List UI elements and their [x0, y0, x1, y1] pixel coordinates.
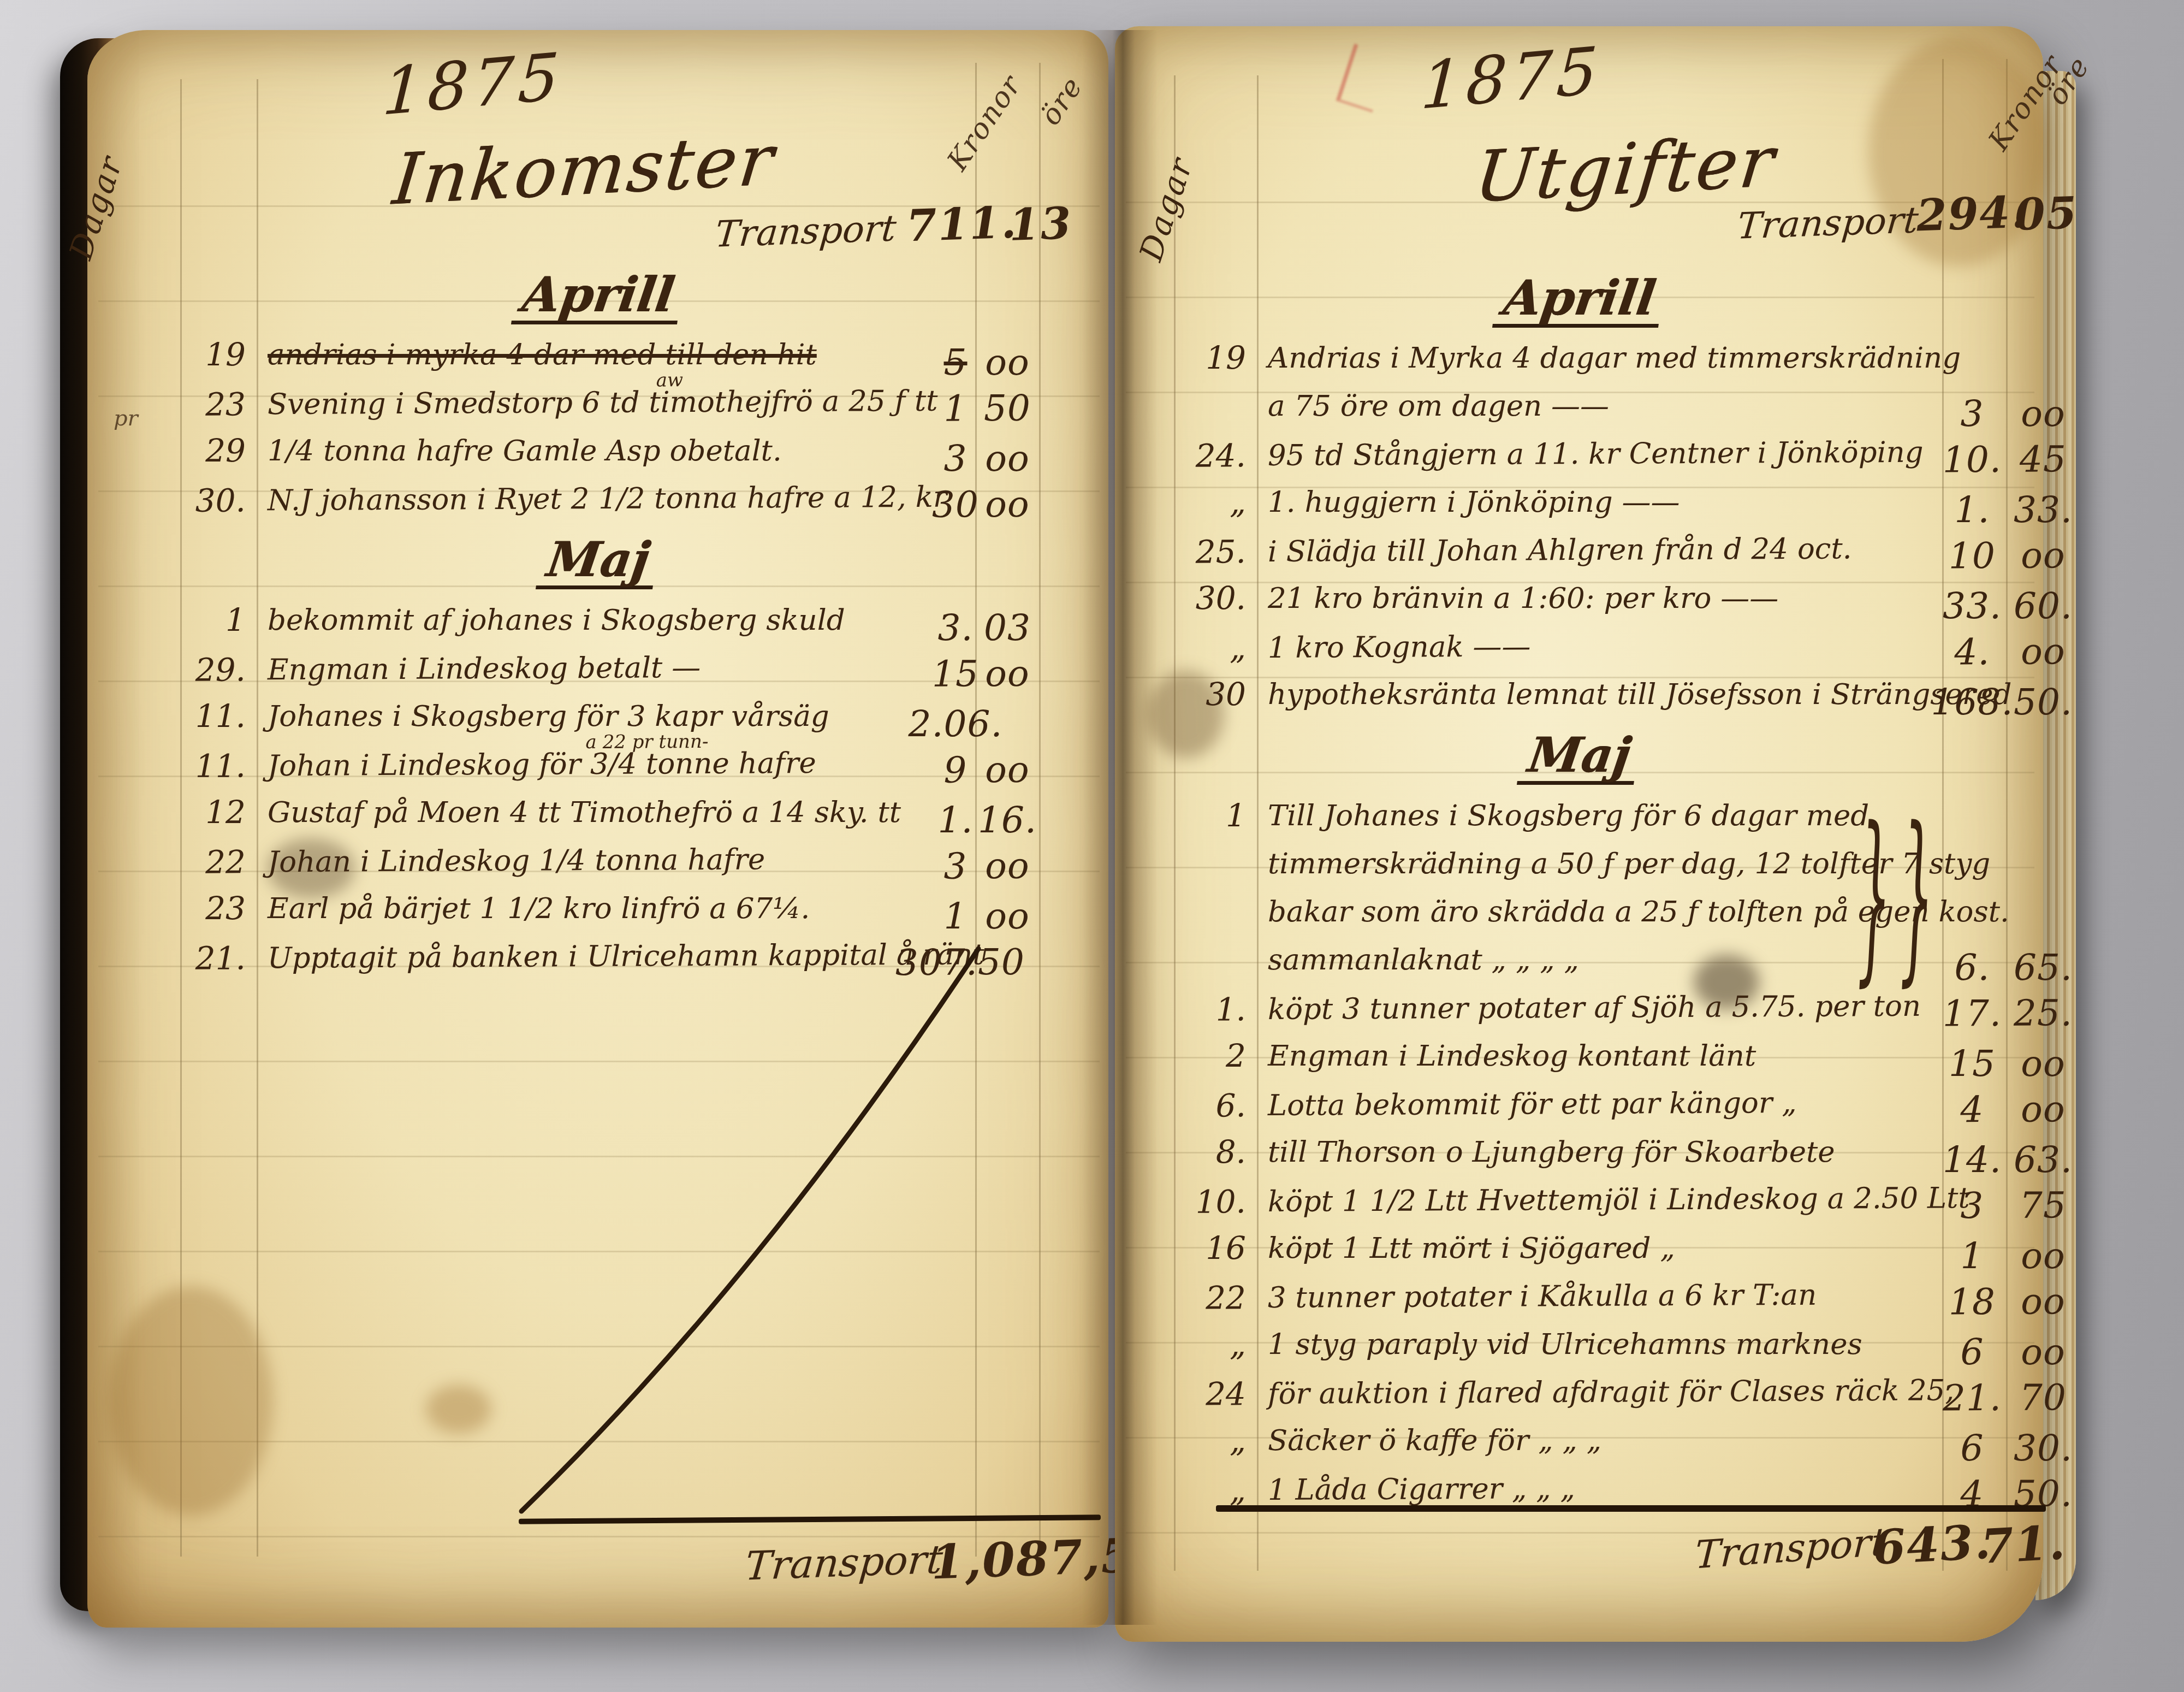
entry-text-inner: hypotheksränta lemnat till Jösefsson i S…: [1268, 678, 2012, 711]
transport-top-ore: 13: [1008, 197, 1073, 251]
entry-text: Engman i Lindeskog betalt —: [268, 653, 701, 685]
amount-ore: oo: [2005, 631, 2081, 673]
entry-text-inner: 3 tunner potater i Kåkulla a 6 kr T:an: [1268, 1279, 1817, 1315]
ledger-row: 30.N.J johansson i Ryet 2 1/2 tonna hafr…: [87, 480, 1108, 534]
entry-text: 1 styg paraply vid Ulricehamns marknes: [1268, 1329, 1862, 1360]
kronor-column-header: Kronor: [941, 69, 1028, 177]
amount-ore: oo: [972, 653, 1043, 695]
entry-text: a 75 öre om dagen ——: [1268, 391, 1609, 422]
entry-text: 1. huggjern i Jönköping ——: [1268, 487, 1680, 518]
entry-text-inner: bekommit af johanes i Skogsberg skuld: [268, 604, 845, 637]
entry-day: 30.: [87, 485, 246, 518]
entry-day: 12: [87, 796, 246, 828]
bottom-rule: [1216, 1505, 2046, 1512]
entry-text: Johan i Lindeskog 1/4 tonna hafre: [268, 844, 765, 877]
entry-text: andrias i myrka 4 dar med till den hit: [268, 340, 817, 370]
entry-day: 10.: [1115, 1186, 1246, 1218]
amount-ore: 33.: [2005, 489, 2081, 531]
entry-day: 19: [1115, 342, 1246, 374]
ledger-row: „1 Låda Cigarrer „ „ „450.: [1115, 1470, 2043, 1523]
entry-text: sammanlaknat „ „ „ „: [1268, 945, 1579, 975]
amount-ore: oo: [2005, 1280, 2081, 1323]
entry-text-inner: Upptagit på banken i Ulricehamn kappital…: [268, 938, 984, 975]
entry-text-inner: bakar som äro skrädda a 25 ƒ tolften på …: [1268, 895, 2009, 928]
entry-day: „: [1115, 1474, 1246, 1506]
entry-text: Engman i Lindeskog kontant länt: [1268, 1041, 1756, 1072]
entry-text: till Thorson o Ljungberg för Skoarbete: [1268, 1137, 1835, 1168]
entry-text-inner: Gustaf på Moen 4 tt Timothefrö a 14 sky.…: [268, 796, 901, 829]
entry-text: köpt 1 Ltt mört i Sjögared „: [1268, 1233, 1675, 1264]
year-heading: 1875: [381, 38, 565, 130]
ledger-row: 1.köpt 3 tunner potater af Sjöh a 5.75. …: [1115, 989, 2043, 1042]
entry-text-inner: 95 td Stångjern a 11. kr Centner i Jönkö…: [1268, 436, 1924, 472]
entry-text-inner: Johan i Lindeskog 1/4 tonna hafre: [268, 843, 765, 879]
entry-text: för auktion i flared afdragit för Clases…: [1268, 1375, 1955, 1409]
entry-text: hypotheksränta lemnat till Jösefsson i S…: [1268, 679, 2012, 710]
ledger-row: 23Earl på bärjet 1 1/2 kro linfrö a 67¼.…: [87, 892, 1108, 940]
entry-text: 21 kro bränvin a 1:60: per kro ——: [1268, 583, 1778, 614]
amount-ore: oo: [2005, 393, 2081, 435]
entry-text-inner: Engman i Lindeskog betalt —: [268, 651, 701, 687]
amount-ore: oo: [2005, 1331, 2081, 1373]
amount-ore: oo: [2005, 1235, 2081, 1277]
entry-text: 95 td Stångjern a 11. kr Centner i Jönkö…: [1268, 437, 1924, 471]
transport-top-label: Transport: [714, 207, 898, 256]
ledger-row: 1Till Johanes i Skogsberg för 6 dagar me…: [1115, 800, 2043, 992]
page-title-utgifter: Utgifter: [1471, 121, 1779, 218]
entry-text-inner: Andrias i Myrka 4 dagar med timmerskrädn…: [1268, 341, 1961, 375]
entry-text: i Slädja till Johan Ahlgren från d 24 oc…: [1268, 534, 1852, 567]
entry-text: Lotta bekommit för ett par kängor „: [1268, 1088, 1797, 1121]
entry-day: 29.: [87, 654, 246, 687]
section-header-aprill: Aprill: [511, 269, 685, 324]
red-archive-mark: [1336, 44, 1391, 113]
entry-text: Svening i Smedstorp 6 td timothejfrö a 2…: [268, 386, 938, 420]
amount-ore: 50.: [2005, 681, 2081, 723]
entry-text: 1 Låda Cigarrer „ „ „: [1268, 1474, 1575, 1506]
entry-text: köpt 1 1/2 Ltt Hvettemjöl i Lindeskog a …: [1268, 1183, 1970, 1217]
ledger-left-page: Dagar pr 1875 Inkomster Kronor öre Trans…: [87, 30, 1108, 1628]
ledger-row: 12Gustaf på Moen 4 tt Timothefrö a 14 sk…: [87, 796, 1108, 844]
entry-superscript-note: a 22 pr tunn-: [585, 732, 708, 753]
entry-day: 19: [87, 339, 246, 370]
entry-day: „: [1115, 1328, 1246, 1360]
entry-day: 1: [1115, 800, 1246, 831]
entry-day: 6.: [1115, 1090, 1246, 1122]
amount-ore: oo: [972, 749, 1043, 791]
ledger-row: „1 kro Kognak ——4.oo: [1115, 628, 2043, 681]
entry-text-inner: till Thorson o Ljungberg för Skoarbete: [1268, 1135, 1835, 1169]
ledger-entries-right: Aprill19Andrias i Myrka 4 dagar med timm…: [1115, 269, 2043, 1521]
ledger-row: 223 tunner potater i Kåkulla a 6 kr T:an…: [1115, 1277, 2043, 1330]
entry-text-inner: Till Johanes i Skogsberg för 6 dagar med: [1268, 799, 1869, 832]
ledger-row: 1bekommit af johanes i Skogsberg skuld3.…: [87, 604, 1108, 652]
section-header-aprill: Aprill: [1492, 273, 1666, 328]
page-title-inkomster: Inkomster: [389, 119, 779, 221]
entry-day: 8.: [1115, 1136, 1246, 1168]
ledger-row: 10.köpt 1 1/2 Ltt Hvettemjöl i Lindeskog…: [1115, 1181, 2043, 1234]
entry-day: 1.: [1115, 993, 1246, 1026]
entry-text-inner: a 75 öre om dagen ——: [1268, 389, 1609, 423]
ledger-row: 30hypotheksränta lemnat till Jösefsson i…: [1115, 678, 2043, 726]
ledger-row: 6.Lotta bekommit för ett par kängor „4oo: [1115, 1085, 2043, 1138]
amount-ore: 50: [972, 387, 1043, 430]
amount-ore: 60.: [2005, 585, 2081, 627]
entry-day: 23: [87, 892, 246, 924]
ore-column-header: öre: [1034, 71, 1090, 132]
ledger-row: 24för auktion i flared afdragit för Clas…: [1115, 1374, 2043, 1427]
entry-text-inner: 1 kro Kognak ——: [1268, 630, 1531, 665]
transport-top-kronor: 711.: [905, 196, 1018, 251]
entry-text: Gustaf på Moen 4 tt Timothefrö a 14 sky.…: [268, 797, 901, 828]
amount-ore: 03: [972, 607, 1043, 649]
entry-text: Earl på bärjet 1 1/2 kro linfrö a 67¼.: [268, 894, 810, 924]
entry-text-inner: Earl på bärjet 1 1/2 kro linfrö a 67¼.: [268, 892, 810, 925]
entry-text: 1 kro Kognak ——: [1268, 632, 1531, 664]
entry-text: köpt 3 tunner potater af Sjöh a 5.75. pe…: [1268, 991, 1921, 1025]
entry-day: 11.: [87, 750, 246, 783]
amount-ore: oo: [972, 483, 1043, 526]
entry-day: 1: [87, 604, 246, 636]
entry-day: 24: [1115, 1378, 1246, 1410]
entry-text-inner: Engman i Lindeskog kontant länt: [1268, 1039, 1756, 1073]
ledger-row: „1. huggjern i Jönköping ——1.33.: [1115, 486, 2043, 534]
amount-ore: oo: [2005, 535, 2081, 577]
entry-text-inner: köpt 3 tunner potater af Sjöh a 5.75. pe…: [1268, 990, 1921, 1026]
ledger-row: 25.i Slädja till Johan Ahlgren från d 24…: [1115, 532, 2043, 585]
entry-text-inner: 1. huggjern i Jönköping ——: [1268, 486, 1680, 519]
ledger-row: 19Andrias i Myrka 4 dagar med timmerskrä…: [1115, 342, 2043, 438]
transport-bottom-kronor: 643.: [1872, 1514, 1993, 1575]
entry-brace: }: [1857, 788, 1891, 1003]
entry-text-inner: 1 styg paraply vid Ulricehamns marknes: [1268, 1328, 1862, 1361]
entry-text: 1/4 tonna hafre Gamle Asp obetalt.: [268, 436, 782, 466]
entry-text: 3 tunner potater i Kåkulla a 6 kr T:an: [1268, 1280, 1817, 1314]
ledger-row: 8.till Thorson o Ljungberg för Skoarbete…: [1115, 1136, 2043, 1184]
ledger-row: 21.Upptagit på banken i Ulricehamn kappi…: [87, 938, 1108, 991]
amount-kronor: 307.50: [895, 941, 1016, 984]
section-header-maj: Maj: [1517, 730, 1642, 785]
entry-day: 29: [87, 435, 246, 466]
entry-text: Säcker ö kaffe för „ „ „: [1268, 1425, 1601, 1456]
year-heading: 1875: [1419, 32, 1604, 124]
ledger-row: „Säcker ö kaffe för „ „ „630.: [1115, 1424, 2043, 1472]
entry-text-inner: 1/4 tonna hafre Gamle Asp obetalt.: [268, 434, 782, 468]
entry-text-inner: Johan i Lindeskog för 3/4 tonne hafre: [268, 747, 816, 783]
entry-text-inner: för auktion i flared afdragit för Clases…: [1268, 1374, 1955, 1411]
entry-superscript-note: aw: [656, 371, 684, 391]
transport-top-kronor: 294.: [1915, 186, 2028, 241]
entry-text-inner: 1 Låda Cigarrer „ „ „: [1268, 1472, 1575, 1507]
entry-day: „: [1115, 486, 1246, 518]
amount-ore: 30.: [2005, 1427, 2081, 1469]
entry-text-inner: köpt 1 Ltt mört i Sjögared „: [1268, 1232, 1675, 1265]
entry-text-inner: köpt 1 1/2 Ltt Hvettemjöl i Lindeskog a …: [1268, 1181, 1970, 1218]
entry-text-inner: sammanlaknat „ „ „ „: [1268, 943, 1579, 977]
amount-ore: oo: [972, 845, 1043, 888]
amount-ore: oo: [972, 341, 1043, 383]
ledger-row: 19andrias i myrka 4 dar med till den hit…: [87, 339, 1108, 387]
amount-ore: 16.: [972, 799, 1043, 841]
ledger-row: 24.95 td Stångjern a 11. kr Centner i Jö…: [1115, 436, 2043, 489]
amount-ore: 25.: [2005, 992, 2081, 1034]
ledger-row: „1 styg paraply vid Ulricehamns marknes6…: [1115, 1328, 2043, 1376]
amount-ore: 45: [2005, 439, 2081, 481]
ledger-row: 2Engman i Lindeskog kontant länt15oo: [1115, 1040, 2043, 1088]
entry-text-inner: Lotta bekommit för ett par kängor „: [1268, 1086, 1797, 1122]
transport-bottom-label: Transport: [743, 1536, 945, 1589]
ledger-row: 291/4 tonna hafre Gamle Asp obetalt.3oo: [87, 435, 1108, 483]
ledger-row: 16köpt 1 Ltt mört i Sjögared „1oo: [1115, 1232, 2043, 1280]
page-stain: [426, 1385, 491, 1434]
entry-day: „: [1115, 1424, 1246, 1456]
amount-ore: oo: [2005, 1043, 2081, 1085]
entry-day: 30: [1115, 678, 1246, 710]
entry-day: „: [1115, 632, 1246, 665]
ledger-row: 29.Engman i Lindeskog betalt —15oo: [87, 649, 1108, 703]
entry-day: 22: [1115, 1282, 1246, 1314]
ledger-row: 23Svening i Smedstorp 6 td timothejfrö a…: [87, 384, 1108, 437]
scanned-ledger-photo: { "book": { "left_page": { "margin_label…: [0, 0, 2184, 1692]
entry-day: 24.: [1115, 440, 1246, 472]
transport-top-label: Transport: [1736, 199, 1920, 247]
entry-text-inner: i Slädja till Johan Ahlgren från d 24 oc…: [1268, 533, 1852, 569]
entry-day: 30.: [1115, 582, 1246, 614]
entry-day: 23: [87, 389, 246, 422]
amount-ore: 75: [2005, 1184, 2081, 1227]
ledger-row: 22Johan i Lindeskog 1/4 tonna hafre3oo: [87, 842, 1108, 895]
amount-ore: oo: [972, 895, 1043, 937]
entry-day: 25.: [1115, 536, 1246, 569]
amount-kronor: 2.06.: [895, 703, 1016, 745]
entry-text-inner: Säcker ö kaffe för „ „ „: [1268, 1424, 1601, 1457]
transport-bottom-label: Transport: [1694, 1519, 1888, 1577]
entry-day: 11.: [87, 700, 246, 732]
amount-ore: 65.: [2005, 946, 2081, 989]
entry-text-inner: 21 kro bränvin a 1:60: per kro ——: [1268, 582, 1778, 615]
entry-text-inner: andrias i myrka 4 dar med till den hit: [268, 338, 817, 371]
entry-text: Andrias i Myrka 4 dagar med timmerskrädn…: [1268, 343, 1961, 374]
entry-text-inner: Johanes i Skogsberg för 3 kapr vårsäg: [268, 700, 829, 733]
bottom-rule: [519, 1514, 1101, 1524]
entry-text-inner: N.J johansson i Ryet 2 1/2 tonna hafre a…: [268, 481, 947, 518]
entry-day: 2: [1115, 1040, 1246, 1072]
entry-text: Upptagit på banken i Ulricehamn kappital…: [268, 939, 984, 974]
day-column-label: Dagar: [1132, 152, 1200, 265]
entry-day: 16: [1115, 1232, 1246, 1264]
entry-text: bakar som äro skrädda a 25 ƒ tolften på …: [1268, 897, 2009, 927]
amount-ore: 63.: [2005, 1139, 2081, 1181]
ledger-right-page: Dagar 1875 Utgifter Kronor öre Transport…: [1115, 26, 2043, 1642]
page-stain: [109, 1286, 273, 1516]
amount-ore: oo: [972, 437, 1043, 480]
entry-text-inner: Svening i Smedstorp 6 td timothejfrö a 2…: [268, 384, 938, 421]
ledger-row: 11.Johan i Lindeskog för 3/4 tonne hafre…: [87, 746, 1108, 799]
entry-text: Till Johanes i Skogsberg för 6 dagar med: [1268, 801, 1869, 831]
entry-text: Johan i Lindeskog för 3/4 tonne hafrea 2…: [268, 748, 816, 782]
ledger-entries-left: Aprill19andrias i myrka 4 dar med till d…: [87, 266, 1108, 989]
amount-ore: 70: [2005, 1376, 2081, 1419]
entry-text: Johanes i Skogsberg för 3 kapr vårsäg: [268, 701, 829, 732]
transport-top-ore: 05: [2014, 187, 2079, 240]
entry-text: bekommit af johanes i Skogsberg skuld: [268, 605, 845, 636]
entry-text: N.J johansson i Ryet 2 1/2 tonna hafre a…: [268, 482, 947, 516]
ledger-row: 30.21 kro bränvin a 1:60: per kro ——33.6…: [1115, 582, 2043, 630]
transport-bottom-ore: 71.: [1979, 1515, 2067, 1575]
section-header-maj: Maj: [536, 534, 661, 589]
entry-day: 21.: [87, 942, 246, 975]
entry-day: 22: [87, 846, 246, 879]
amount-ore: oo: [2005, 1088, 2081, 1131]
